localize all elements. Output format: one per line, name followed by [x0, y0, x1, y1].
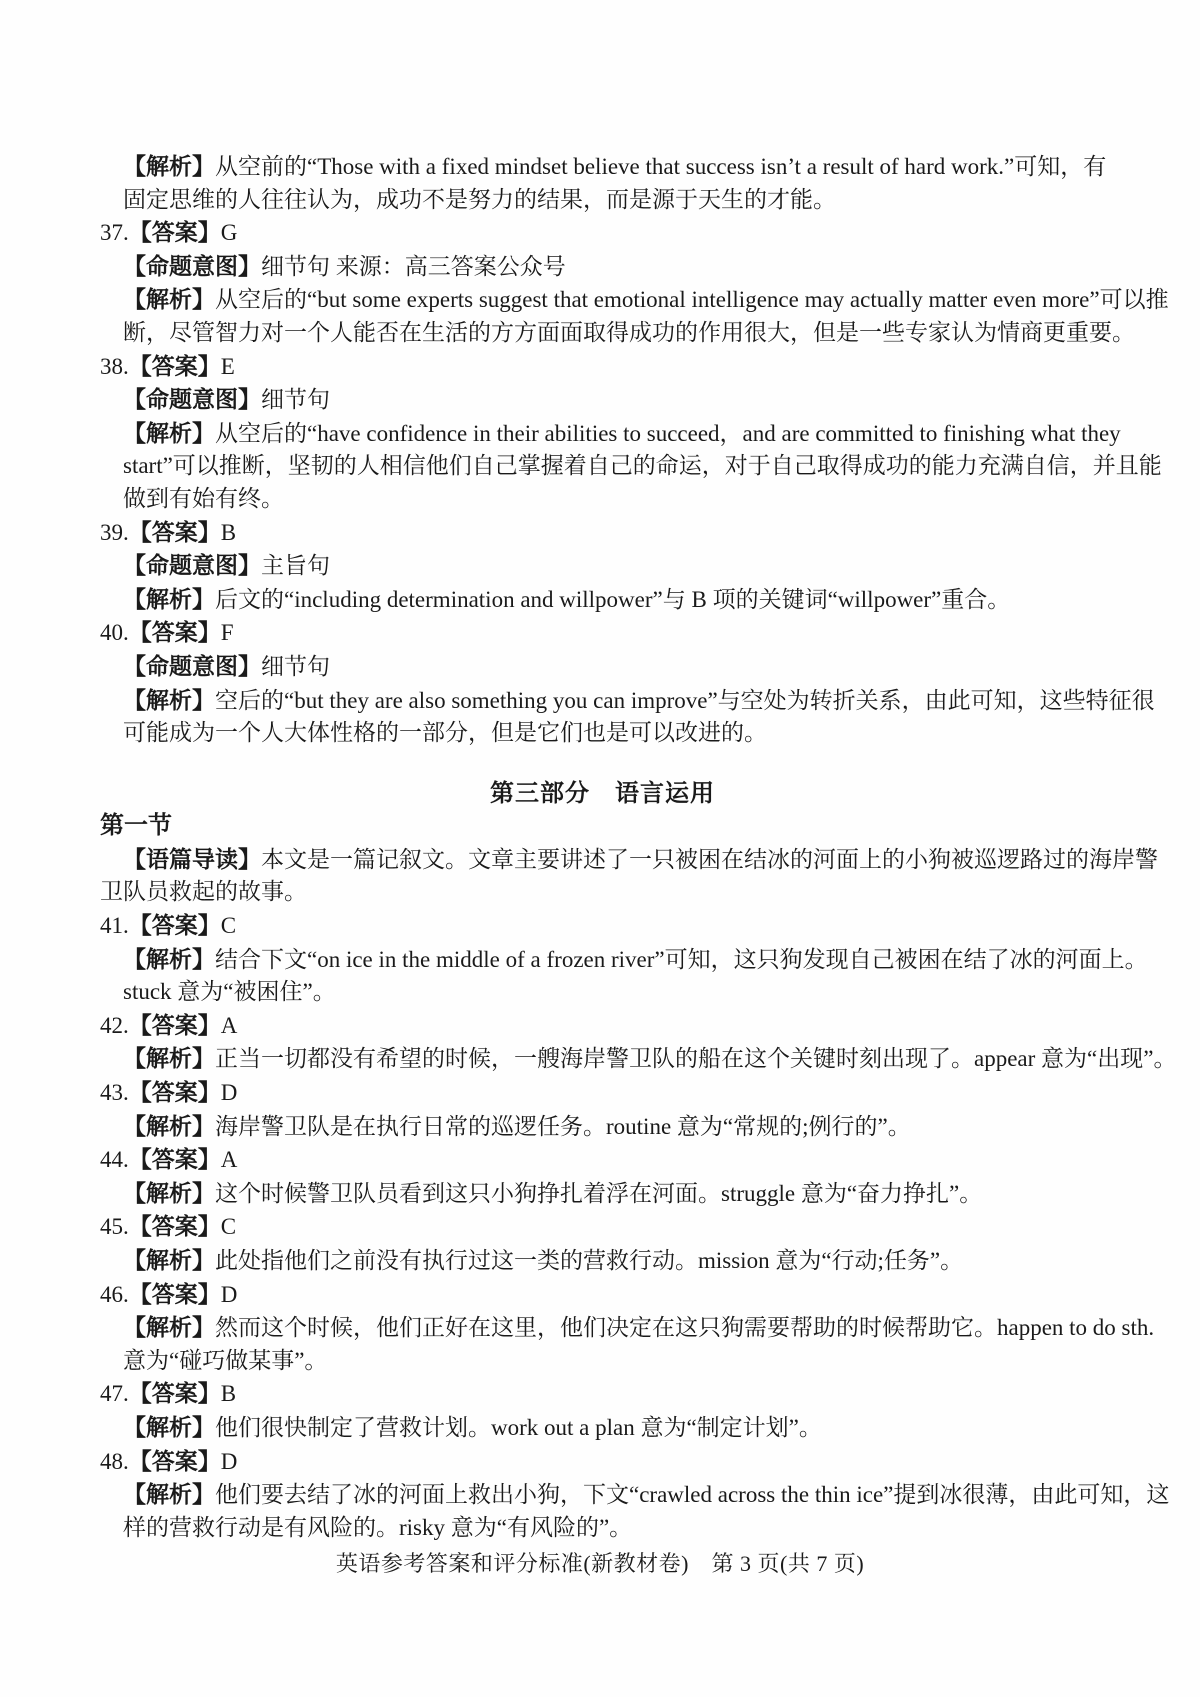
bold-label: 【解析】: [123, 1414, 215, 1440]
text-segment: D: [221, 1282, 238, 1307]
text-segment: start”可以推断，坚韧的人相信他们自己掌握着自己的命运，对于自己取得成功的能…: [123, 453, 1162, 478]
text-segment: A: [221, 1147, 238, 1172]
answer-key-page: 【解析】从空前的“Those with a fixed mindset beli…: [0, 0, 1200, 1697]
text-segment: 从空后的“but some experts suggest that emoti…: [215, 287, 1169, 312]
text-line: 样的营救行动是有风险的。risky 意为“有风险的”。: [100, 1512, 1105, 1545]
text-line: 断，尽管智力对一个人能否在生活的方方面面取得成功的作用很大，但是一些专家认为情商…: [100, 317, 1105, 350]
text-segment: C: [221, 1214, 236, 1239]
text-line: 固定思维的人往往认为，成功不是努力的结果，而是源于天生的才能。: [100, 184, 1105, 217]
text-line: 【解析】此处指他们之前没有执行过这一类的营救行动。mission 意为“行动;任…: [100, 1244, 1105, 1278]
answer-line: 43.【答案】D: [100, 1076, 1105, 1110]
text-segment: D: [221, 1449, 238, 1474]
answer-line: 37.【答案】G: [100, 216, 1105, 250]
text-line: 【解析】海岸警卫队是在执行日常的巡逻任务。routine 意为“常规的;例行的”…: [100, 1110, 1105, 1144]
text-segment: 正当一切都没有希望的时候，一艘海岸警卫队的船在这个关键时刻出现了。appear …: [215, 1046, 1176, 1071]
text-segment: 他们要去结了冰的河面上救出小狗，下文“crawled across the th…: [215, 1482, 1169, 1507]
bold-label: 第三部分 语言运用: [490, 780, 715, 807]
text-segment: 主旨句: [261, 553, 330, 578]
text-segment: 这个时候警卫队员看到这只小狗挣扎着浮在河面。struggle 意为“奋力挣扎”。: [215, 1181, 982, 1206]
text-segment: 意为“碰巧做某事”。: [123, 1348, 327, 1373]
text-line: 【解析】从空前的“Those with a fixed mindset beli…: [100, 150, 1105, 184]
bold-label: 【答案】: [129, 1213, 221, 1239]
text-segment: B: [221, 1381, 236, 1406]
bold-label: 【答案】: [129, 912, 221, 938]
text-line: 【解析】他们要去结了冰的河面上救出小狗，下文“crawled across th…: [100, 1478, 1105, 1512]
text-segment: B: [221, 520, 236, 545]
answer-line: 39.【答案】B: [100, 516, 1105, 550]
text-segment: 从空后的“have confidence in their abilities …: [215, 421, 1121, 446]
text-segment: C: [221, 913, 236, 938]
bold-label: 【答案】: [129, 353, 221, 379]
text-segment: 47.: [100, 1381, 129, 1406]
bold-label: 【解析】: [123, 1247, 215, 1273]
bold-label: 【语篇导读】: [123, 846, 261, 872]
text-segment: 44.: [100, 1147, 129, 1172]
answer-line: 41.【答案】C: [100, 909, 1105, 943]
bold-label: 【答案】: [129, 1012, 221, 1038]
text-line: start”可以推断，坚韧的人相信他们自己掌握着自己的命运，对于自己取得成功的能…: [100, 450, 1105, 483]
bold-label: 【答案】: [129, 1146, 221, 1172]
text-line: 【解析】空后的“but they are also something you …: [100, 684, 1105, 718]
text-segment: 他们很快制定了营救计划。work out a plan 意为“制定计划”。: [215, 1415, 822, 1440]
text-segment: 结合下文“on ice in the middle of a frozen ri…: [215, 947, 1148, 972]
text-line: 【命题意图】主旨句: [100, 549, 1105, 583]
bold-label: 【答案】: [129, 1281, 221, 1307]
text-segment: 41.: [100, 913, 129, 938]
bold-label: 【解析】: [123, 153, 215, 179]
text-segment: 46.: [100, 1282, 129, 1307]
text-segment: 细节句: [261, 254, 336, 279]
text-segment: 38.: [100, 354, 129, 379]
bold-label: 【命题意图】: [123, 653, 261, 679]
text-segment: 37.: [100, 220, 129, 245]
text-line: 【解析】他们很快制定了营救计划。work out a plan 意为“制定计划”…: [100, 1411, 1105, 1445]
answer-line: 44.【答案】A: [100, 1143, 1105, 1177]
bold-label: 【答案】: [129, 1079, 221, 1105]
text-line: 意为“碰巧做某事”。: [100, 1345, 1105, 1378]
text-segment: 40.: [100, 620, 129, 645]
text-segment: 48.: [100, 1449, 129, 1474]
text-segment: stuck 意为“被困住”。: [123, 979, 336, 1004]
text-segment: 固定思维的人往往认为，成功不是努力的结果，而是源于天生的才能。: [123, 187, 836, 212]
answer-line: 42.【答案】A: [100, 1009, 1105, 1043]
text-segment: 海岸警卫队是在执行日常的巡逻任务。routine 意为“常规的;例行的”。: [215, 1114, 911, 1139]
text-line: stuck 意为“被困住”。: [100, 976, 1105, 1009]
text-segment: 此处指他们之前没有执行过这一类的营救行动。mission 意为“行动;任务”。: [215, 1248, 963, 1273]
bold-label: 【解析】: [123, 1481, 215, 1507]
text-segment: D: [221, 1080, 238, 1105]
bold-label: 【解析】: [123, 420, 215, 446]
bold-label: 【答案】: [129, 519, 221, 545]
bold-label: 【答案】: [129, 1448, 221, 1474]
text-line: 【解析】这个时候警卫队员看到这只小狗挣扎着浮在河面。struggle 意为“奋力…: [100, 1177, 1105, 1211]
text-line: 【解析】正当一切都没有希望的时候，一艘海岸警卫队的船在这个关键时刻出现了。app…: [100, 1042, 1105, 1076]
answer-line: 46.【答案】D: [100, 1278, 1105, 1312]
text-segment: 42.: [100, 1013, 129, 1038]
bold-label: 第一节: [100, 812, 172, 839]
text-segment: 可能成为一个人大体性格的一部分，但是它们也是可以改进的。: [123, 720, 767, 745]
text-segment: A: [221, 1013, 238, 1038]
text-line: 【解析】结合下文“on ice in the middle of a froze…: [100, 943, 1105, 977]
text-line: 【语篇导读】本文是一篇记叙文。文章主要讲述了一只被困在结冰的河面上的小狗被巡逻路…: [100, 843, 1105, 877]
answer-line: 48.【答案】D: [100, 1445, 1105, 1479]
text-segment: 卫队员救起的故事。: [100, 879, 307, 904]
text-segment: 从空前的“Those with a fixed mindset believe …: [215, 154, 1106, 179]
bold-label: 【解析】: [123, 286, 215, 312]
bold-label: 【命题意图】: [123, 386, 261, 412]
text-segment: 来源：高三答案公众号: [336, 254, 566, 279]
page-footer: 英语参考答案和评分标准(新教材卷) 第 3 页(共 7 页): [100, 1547, 1100, 1578]
bold-label: 【命题意图】: [123, 253, 261, 279]
text-segment: 39.: [100, 520, 129, 545]
text-line: 【解析】从空后的“have confidence in their abilit…: [100, 417, 1105, 451]
text-segment: 后文的“including determination and willpowe…: [215, 587, 1010, 612]
bold-label: 【解析】: [123, 1314, 215, 1340]
text-segment: 空后的“but they are also something you can …: [215, 688, 1155, 713]
text-segment: 断，尽管智力对一个人能否在生活的方方面面取得成功的作用很大，但是一些专家认为情商…: [123, 320, 1135, 345]
text-segment: 细节句: [261, 387, 330, 412]
text-segment: 本文是一篇记叙文。文章主要讲述了一只被困在结冰的河面上的小狗被巡逻路过的海岸警: [261, 847, 1158, 872]
bold-label: 【答案】: [129, 1380, 221, 1406]
text-segment: 样的营救行动是有风险的。risky 意为“有风险的”。: [123, 1515, 632, 1540]
text-segment: 43.: [100, 1080, 129, 1105]
text-segment: G: [221, 220, 238, 245]
text-line: 做到有始有终。: [100, 483, 1105, 516]
subsection-heading: 第一节: [100, 810, 1105, 843]
text-segment: E: [221, 354, 235, 379]
bold-label: 【答案】: [129, 219, 221, 245]
text-segment: 细节句: [261, 654, 330, 679]
bold-label: 【解析】: [123, 946, 215, 972]
text-segment: 然而这个时候，他们正好在这里，他们决定在这只狗需要帮助的时候帮助它。happen…: [215, 1315, 1154, 1340]
bold-label: 【解析】: [123, 586, 215, 612]
text-line: 卫队员救起的故事。: [100, 876, 1105, 909]
text-line: 【命题意图】细节句: [100, 383, 1105, 417]
text-segment: 45.: [100, 1214, 129, 1239]
bold-label: 【解析】: [123, 1113, 215, 1139]
text-segment: 做到有始有终。: [123, 486, 284, 511]
bold-label: 【解析】: [123, 687, 215, 713]
section-heading: 第三部分 语言运用: [100, 778, 1105, 811]
answer-line: 38.【答案】E: [100, 350, 1105, 384]
answer-line: 45.【答案】C: [100, 1210, 1105, 1244]
text-segment: F: [221, 620, 234, 645]
text-line: 【命题意图】细节句 来源：高三答案公众号: [100, 250, 1105, 284]
answer-line: 40.【答案】F: [100, 616, 1105, 650]
text-line: 【解析】后文的“including determination and will…: [100, 583, 1105, 617]
bold-label: 【解析】: [123, 1180, 215, 1206]
bold-label: 【解析】: [123, 1045, 215, 1071]
text-line: 【解析】然而这个时候，他们正好在这里，他们决定在这只狗需要帮助的时候帮助它。ha…: [100, 1311, 1105, 1345]
bold-label: 【答案】: [129, 619, 221, 645]
text-line: 【解析】从空后的“but some experts suggest that e…: [100, 283, 1105, 317]
bold-label: 【命题意图】: [123, 552, 261, 578]
text-line: 【命题意图】细节句: [100, 650, 1105, 684]
text-line: 可能成为一个人大体性格的一部分，但是它们也是可以改进的。: [100, 717, 1105, 750]
answer-line: 47.【答案】B: [100, 1377, 1105, 1411]
content: 【解析】从空前的“Those with a fixed mindset beli…: [100, 150, 1105, 1544]
